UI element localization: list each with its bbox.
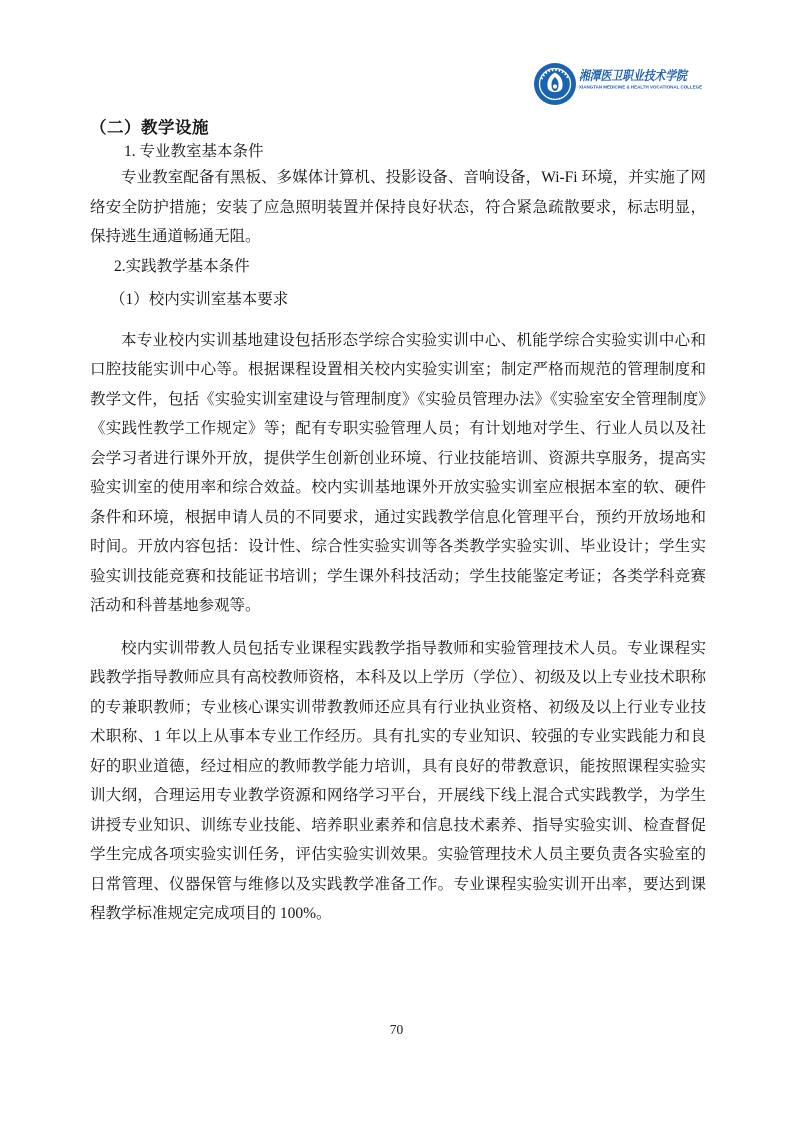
college-logo: 湘潭医卫职业技术学院 XIANGTAN MEDICINE & HEALTH VO… [533,62,698,108]
subheading-practice-teaching: 2.实践教学基本条件 [90,256,706,278]
subheading-campus-training-room: （1）校内实训室基本要求 [90,289,706,311]
paragraph-training-staff: 校内实训带教人员包括专业课程实践教学指导教师和实验管理技术人员。专业课程实践教学… [90,634,706,929]
college-name-chinese: 湘潭医卫职业技术学院 [579,68,677,84]
page-number: 70 [0,1021,793,1039]
college-emblem-icon [533,62,577,106]
document-body: （二）教学设施 1. 专业教室基本条件 专业教室配备有黑板、多媒体计算机、投影设… [90,112,706,929]
paragraph-training-base: 本专业校内实训基地建设包括形态学综合实验实训中心、机能学综合实验实训中心和口腔技… [90,326,706,621]
document-page: 湘潭医卫职业技术学院 XIANGTAN MEDICINE & HEALTH VO… [0,0,793,1122]
paragraph-classroom-equipment: 专业教室配备有黑板、多媒体计算机、投影设备、音响设备，Wi-Fi 环境，并实施了… [90,163,706,252]
subheading-classroom-conditions: 1. 专业教室基本条件 [90,141,706,163]
college-name-english: XIANGTAN MEDICINE & HEALTH VOCATIONAL CO… [579,85,645,89]
college-name-block: 湘潭医卫职业技术学院 XIANGTAN MEDICINE & HEALTH VO… [579,68,697,93]
section-heading: （二）教学设施 [90,112,706,139]
